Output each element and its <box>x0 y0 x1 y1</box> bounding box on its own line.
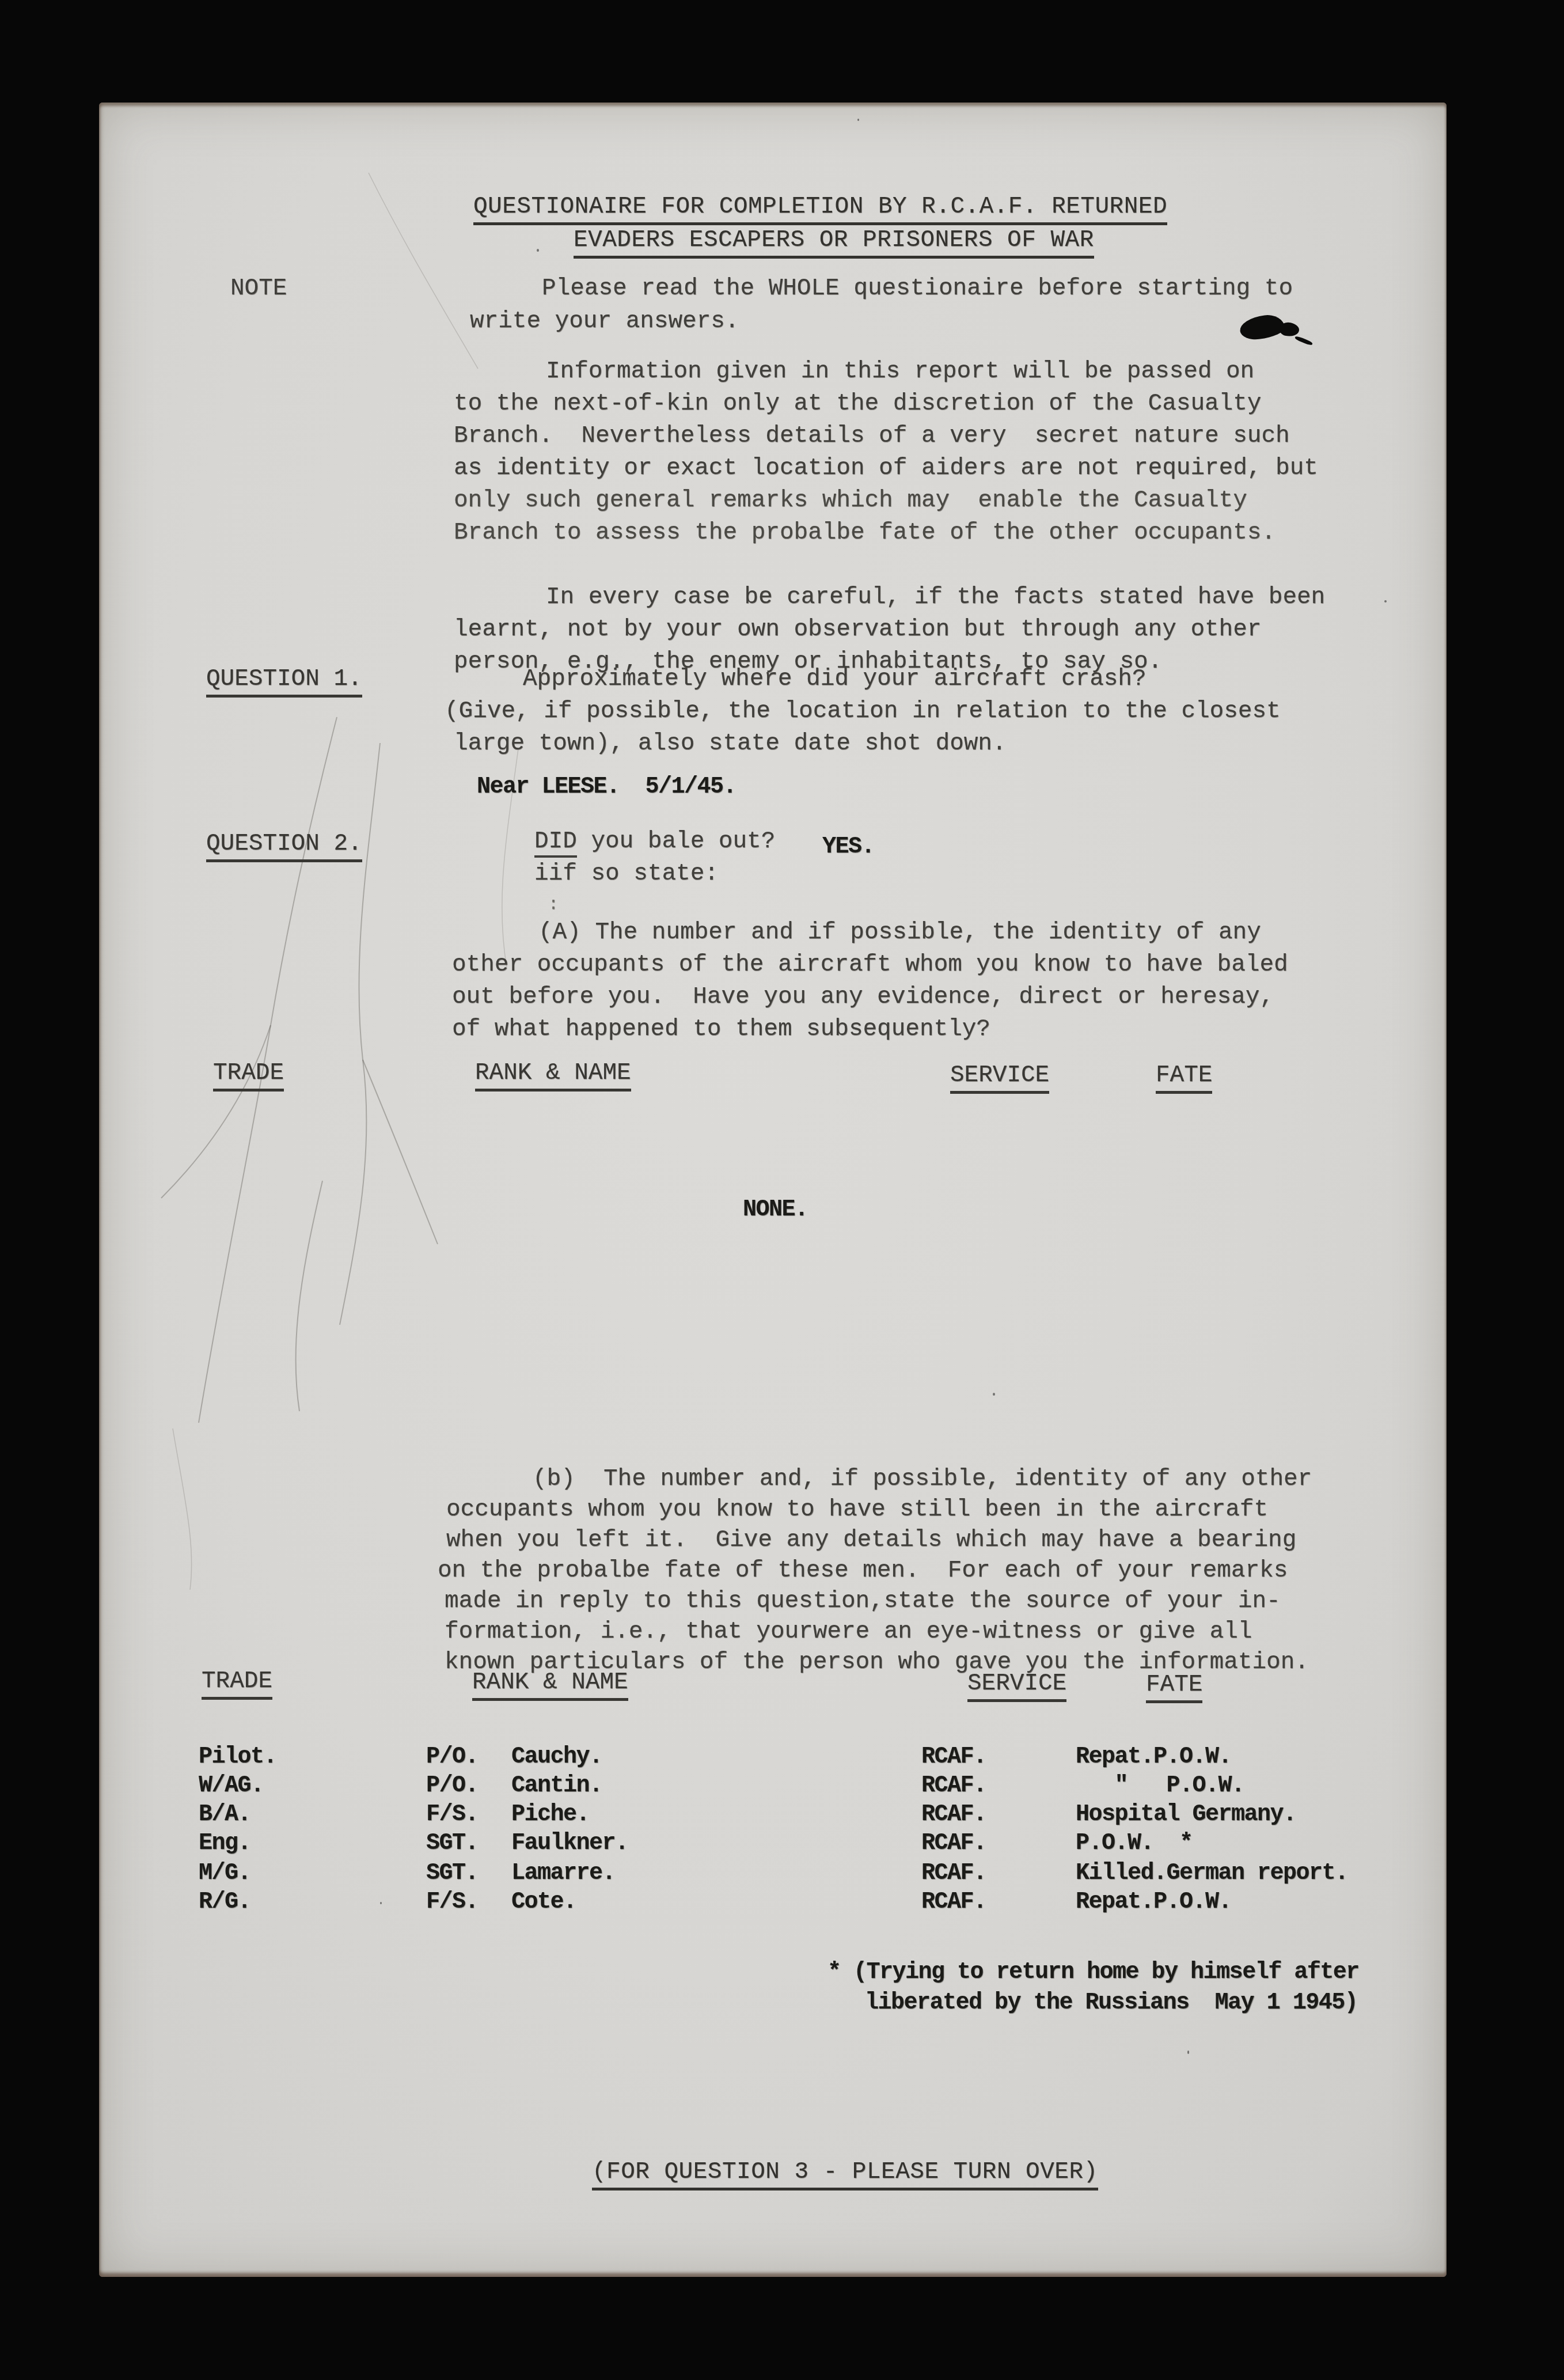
question2-answer: YES. <box>822 834 874 861</box>
title-line1-text: QUESTIONAIRE FOR COMPLETION BY R.C.A.F. … <box>473 194 1167 225</box>
part-b-line6: formation, i.e., that yourwere an eye-wi… <box>445 1619 1252 1645</box>
crew-rank: P/O. <box>426 1744 478 1771</box>
table2-header-rank-name-text: RANK & NAME <box>472 1669 628 1701</box>
note-line1: Please read the WHOLE questionaire befor… <box>542 275 1293 302</box>
paper-speck <box>1187 2051 1189 2054</box>
crew-rank: F/S. <box>426 1889 478 1916</box>
question1-line3: large town), also state date shot down. <box>454 730 1007 757</box>
table1-header-rank-name-text: RANK & NAME <box>475 1060 631 1092</box>
table1-header-service-text: SERVICE <box>950 1062 1049 1094</box>
table1-entry-none: NONE. <box>743 1197 808 1223</box>
question1-answer: Near LEESE. 5/1/45. <box>477 774 736 801</box>
crew-fate: " P.O.W. <box>1076 1773 1244 1799</box>
crew-name: Cauchy. <box>511 1744 602 1771</box>
question1-line1: Approximately where did your aircraft cr… <box>523 666 1147 692</box>
crew-fate: Killed.German report. <box>1076 1860 1348 1887</box>
crew-rank: SGT. <box>426 1860 478 1887</box>
question2-subprompt: iif so state: <box>534 861 719 887</box>
table1-header-fate-text: FATE <box>1156 1062 1212 1094</box>
footnote-line1: * (Trying to return home by himself afte… <box>827 1960 1359 1986</box>
intro-line2: to the next-of-kin only at the discretio… <box>454 391 1261 417</box>
crew-trade: B/A. <box>199 1802 250 1828</box>
crew-fate: Hospital Germany. <box>1076 1802 1296 1828</box>
intro-line5: only such general remarks which may enab… <box>454 487 1247 514</box>
crew-trade: Pilot. <box>199 1744 276 1771</box>
paper-speck <box>857 119 859 121</box>
question2-prompt-did: DID <box>534 828 577 858</box>
page-footer: (FOR QUESTION 3 - PLEASE TURN OVER) <box>592 2159 1098 2185</box>
crew-trade: M/G. <box>199 1860 250 1887</box>
part-b-line5: made in reply to this question,state the… <box>445 1588 1281 1615</box>
crew-name: Faulkner. <box>511 1831 628 1857</box>
table1-header-trade-text: TRADE <box>213 1060 284 1092</box>
table1-header-rank-name: RANK & NAME <box>475 1060 631 1086</box>
part-b-line2: occupants whom you know to have still be… <box>446 1496 1268 1523</box>
part-a-line2: other occupants of the aircraft whom you… <box>452 952 1288 978</box>
crew-trade: R/G. <box>199 1889 250 1916</box>
table1-header-service: SERVICE <box>950 1062 1049 1089</box>
crew-trade: W/AG. <box>199 1773 264 1799</box>
part-a-line3: out before you. Have you any evidence, d… <box>452 984 1274 1010</box>
part-a-line1: (A) The number and if possible, the iden… <box>538 919 1261 946</box>
part-b-line1: (b) The number and, if possible, identit… <box>533 1466 1312 1492</box>
photo-background: QUESTIONAIRE FOR COMPLETION BY R.C.A.F. … <box>0 0 1564 2380</box>
question2-label: QUESTION 2. <box>206 831 362 857</box>
crew-name: Cote. <box>511 1889 576 1916</box>
part-b-line4: on the probalbe fate of these men. For e… <box>438 1557 1288 1584</box>
crew-trade: Eng. <box>199 1831 250 1857</box>
intro-line4: as identity or exact location of aiders … <box>454 455 1318 482</box>
table2-header-trade-text: TRADE <box>202 1668 272 1700</box>
table2-header-fate: FATE <box>1146 1672 1202 1698</box>
question2-prompt: DID you bale out? <box>534 828 775 855</box>
paper-speck <box>993 1393 995 1396</box>
table2-header-trade: TRADE <box>202 1668 272 1695</box>
question1-label: QUESTION 1. <box>206 666 362 692</box>
stray-typewriter-mark: : <box>548 892 559 918</box>
footnote-line2: liberated by the Russians May 1 1945) <box>865 1990 1357 2017</box>
table2-header-rank-name: RANK & NAME <box>472 1669 628 1696</box>
crew-fate: P.O.W. * <box>1076 1831 1193 1857</box>
crew-service: RCAF. <box>921 1831 986 1857</box>
page-footer-text: (FOR QUESTION 3 - PLEASE TURN OVER) <box>592 2159 1098 2190</box>
intro-line1: Information given in this report will be… <box>546 358 1254 385</box>
title-line2-text: EVADERS ESCAPERS OR PRISONERS OF WAR <box>574 227 1094 259</box>
crew-service: RCAF. <box>921 1744 986 1771</box>
question1-line2: (Give, if possible, the location in rela… <box>445 698 1281 725</box>
crew-fate: Repat.P.O.W. <box>1076 1889 1231 1916</box>
intro-line3: Branch. Nevertheless details of a very s… <box>454 423 1290 449</box>
table1-header-fate: FATE <box>1156 1062 1212 1089</box>
crew-name: Cantin. <box>511 1773 602 1799</box>
crew-rank: SGT. <box>426 1831 478 1857</box>
document-title-line2: EVADERS ESCAPERS OR PRISONERS OF WAR <box>574 227 1094 253</box>
crew-rank: P/O. <box>426 1773 478 1799</box>
crew-service: RCAF. <box>921 1889 986 1916</box>
document-title-line1: QUESTIONAIRE FOR COMPLETION BY R.C.A.F. … <box>473 194 1167 220</box>
crew-fate: Repat.P.O.W. <box>1076 1744 1231 1771</box>
question2-label-text: QUESTION 2. <box>206 831 362 862</box>
crew-rank: F/S. <box>426 1802 478 1828</box>
caution-line1: In every case be careful, if the facts s… <box>546 584 1325 611</box>
table1-header-trade: TRADE <box>213 1060 284 1086</box>
paper-speck <box>380 1902 382 1904</box>
table2-header-fate-text: FATE <box>1146 1672 1202 1703</box>
caution-line2: learnt, not by your own observation but … <box>454 616 1261 643</box>
part-b-line3: when you left it. Give any details which… <box>446 1527 1296 1553</box>
intro-line6: Branch to assess the probalbe fate of th… <box>454 520 1276 546</box>
table2-header-service: SERVICE <box>967 1670 1066 1697</box>
paper-speck <box>1384 600 1387 602</box>
part-a-line4: of what happened to them subsequently? <box>452 1016 990 1043</box>
crew-service: RCAF. <box>921 1802 986 1828</box>
crew-service: RCAF. <box>921 1773 986 1799</box>
question2-prompt-rest: you bale out? <box>577 828 775 855</box>
note-line2: write your answers. <box>470 308 739 335</box>
paper-speck <box>537 249 539 252</box>
crew-name: Lamarre. <box>511 1860 615 1887</box>
question1-label-text: QUESTION 1. <box>206 666 362 698</box>
crew-name: Piche. <box>511 1802 589 1828</box>
crew-service: RCAF. <box>921 1860 986 1887</box>
note-label: NOTE <box>230 275 287 302</box>
table2-header-service-text: SERVICE <box>967 1670 1066 1702</box>
